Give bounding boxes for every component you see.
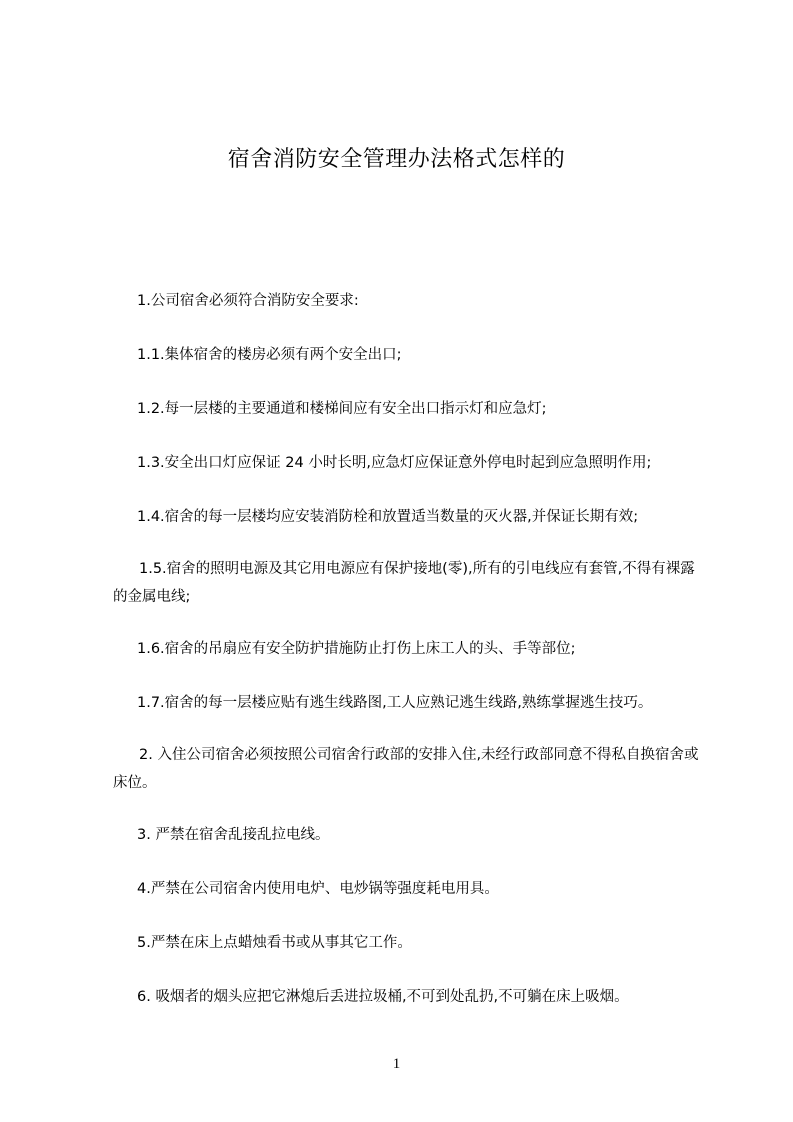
paragraph: 2. 入住公司宿舍必须按照公司宿舍行政部的安排入住,未经行政部同意不得私自换宿舍… [113, 741, 703, 797]
paragraph: 1.公司宿舍必须符合消防安全要求: [113, 287, 703, 315]
paragraph: 1.3.安全出口灯应保证 24 小时长明,应急灯应保证意外停电时起到应急照明作用… [113, 449, 703, 477]
paragraph: 1.5.宿舍的照明电源及其它用电源应有保护接地(零),所有的引电线应有套管,不得… [113, 555, 703, 611]
paragraph: 1.7.宿舍的每一层楼应贴有逃生线路图,工人应熟记逃生线路,熟练掌握逃生技巧。 [113, 689, 703, 717]
paragraph: 1.2.每一层楼的主要通道和楼梯间应有安全出口指示灯和应急灯; [113, 395, 703, 423]
paragraph: 6. 吸烟者的烟头应把它淋熄后丢进拉圾桶,不可到处乱扔,不可躺在床上吸烟。 [113, 983, 703, 1011]
paragraph: 1.6.宿舍的吊扇应有安全防护措施防止打伤上床工人的头、手等部位; [113, 635, 703, 663]
paragraph: 4.严禁在公司宿舍内使用电炉、电炒锅等强度耗电用具。 [113, 875, 703, 903]
page-number: 1 [0, 1056, 793, 1073]
paragraph: 3. 严禁在宿舍乱接乱拉电线。 [113, 821, 703, 849]
document-title: 宿舍消防安全管理办法格式怎样的 [0, 142, 793, 173]
paragraph: 5.严禁在床上点蜡烛看书或从事其它工作。 [113, 929, 703, 957]
paragraph: 1.4.宿舍的每一层楼均应安装消防栓和放置适当数量的灭火器,并保证长期有效; [113, 503, 703, 531]
paragraph: 1.1.集体宿舍的楼房必须有两个安全出口; [113, 341, 703, 369]
